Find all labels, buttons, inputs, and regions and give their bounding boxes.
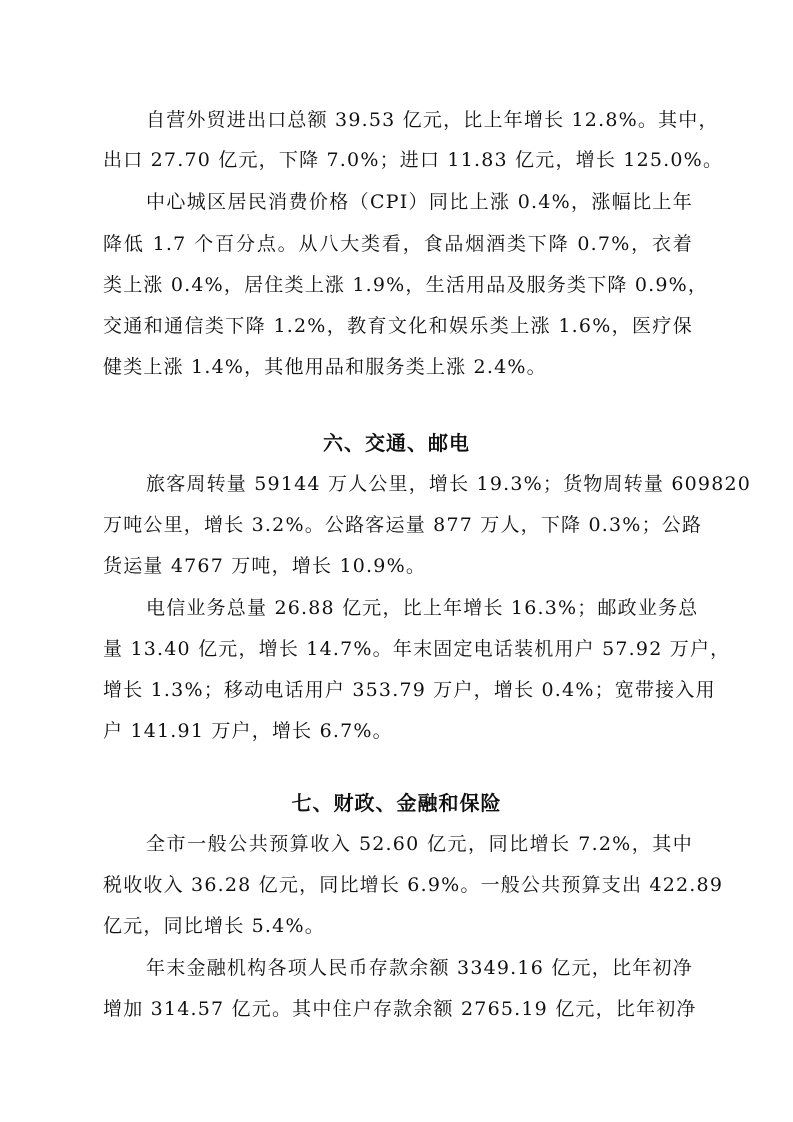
text-line: 万吨公里，增长 3.2%。公路客运量 877 万人，下降 0.3%；公路	[103, 513, 693, 537]
text-line: 健类上涨 1.4%，其他用品和服务类上涨 2.4%。	[103, 355, 693, 379]
text-line: 增长 1.3%；移动电话用户 353.79 万户，增长 0.4%；宽带接入用	[103, 678, 693, 702]
text-line: 旅客周转量 59144 万人公里，增长 19.3%；货物周转量 609820	[146, 472, 693, 496]
text-line: 电信业务总量 26.88 亿元，比上年增长 16.3%；邮政业务总	[146, 596, 693, 620]
text-line: 量 13.40 亿元，增长 14.7%。年末固定电话装机用户 57.92 万户，	[103, 637, 693, 661]
text-line: 出口 27.70 亿元，下降 7.0%；进口 11.83 亿元，增长 125.0…	[103, 148, 693, 172]
text-line: 全市一般公共预算收入 52.60 亿元，同比增长 7.2%，其中	[146, 832, 693, 856]
text-line: 户 141.91 万户，增长 6.7%。	[103, 719, 693, 743]
text-line: 增加 314.57 亿元。其中住户存款余额 2765.19 亿元，比年初净	[103, 997, 693, 1021]
text-line: 亿元，同比增长 5.4%。	[103, 914, 693, 938]
text-line: 货运量 4767 万吨，增长 10.9%。	[103, 554, 693, 578]
section-heading-finance: 七、财政、金融和保险	[0, 790, 793, 816]
text-line: 年末金融机构各项人民币存款余额 3349.16 亿元，比年初净	[146, 956, 693, 980]
section-heading-transport-post: 六、交通、邮电	[0, 430, 793, 456]
text-line: 降低 1.7 个百分点。从八大类看，食品烟酒类下降 0.7%，衣着	[103, 232, 693, 256]
text-line: 交通和通信类下降 1.2%，教育文化和娱乐类上涨 1.6%，医疗保	[103, 314, 693, 338]
text-line: 类上涨 0.4%，居住类上涨 1.9%，生活用品及服务类下降 0.9%，	[103, 273, 693, 297]
text-line: 税收收入 36.28 亿元，同比增长 6.9%。一般公共预算支出 422.89	[103, 873, 693, 897]
document-page: 自营外贸进出口总额 39.53 亿元，比上年增长 12.8%。其中， 出口 27…	[0, 0, 793, 1122]
text-line: 中心城区居民消费价格（CPI）同比上涨 0.4%，涨幅比上年	[146, 190, 693, 214]
text-line: 自营外贸进出口总额 39.53 亿元，比上年增长 12.8%。其中，	[146, 108, 693, 132]
